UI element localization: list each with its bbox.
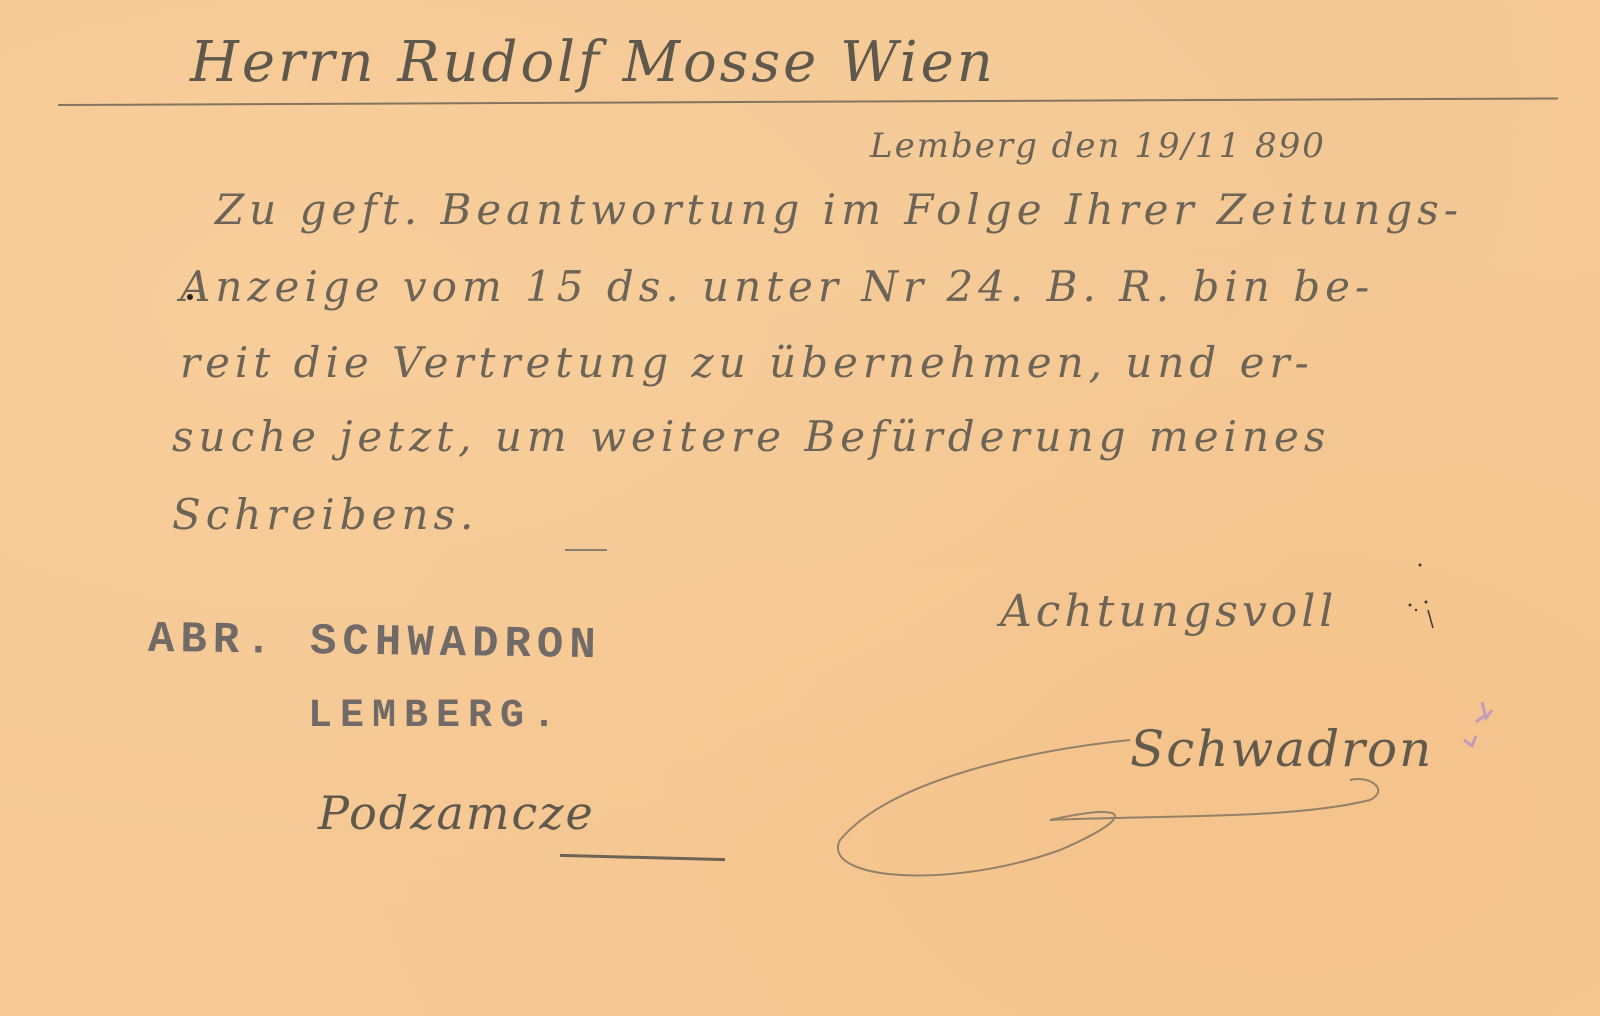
sender-stamp-city: LEMBERG.: [308, 694, 564, 739]
recipient-address: Herrn Rudolf Mosse Wien: [190, 30, 996, 95]
closing-dash: [565, 549, 607, 551]
postcard: Herrn Rudolf Mosse Wien Lemberg den 19/1…: [0, 0, 1600, 1016]
address-underline: [58, 97, 1558, 106]
body-line-3: reit die Vertretung zu übernehmen, und e…: [180, 338, 1314, 387]
body-line-5: Schreibens.: [172, 490, 478, 539]
sender-stamp-name: ABR. SCHWADRON: [148, 615, 602, 671]
ink-speckle-mark: [1400, 560, 1480, 640]
body-line-2: Anzeige vom 15 ds. unter Nr 24. B. R. bi…: [180, 262, 1374, 311]
location-note-underline: [560, 854, 725, 861]
body-line-1: Zu geft. Beantwortung im Folge Ihrer Zei…: [215, 185, 1463, 234]
closing-salutation: Achtungsvoll: [1000, 586, 1337, 637]
signature: Schwadron: [1130, 720, 1433, 778]
location-note: Podzamcze: [318, 786, 595, 840]
violet-ink-mark: [1462, 700, 1502, 750]
dateline: Lemberg den 19/11 890: [870, 126, 1326, 166]
body-line-4: suche jetzt, um weitere Befürderung mein…: [172, 412, 1330, 461]
